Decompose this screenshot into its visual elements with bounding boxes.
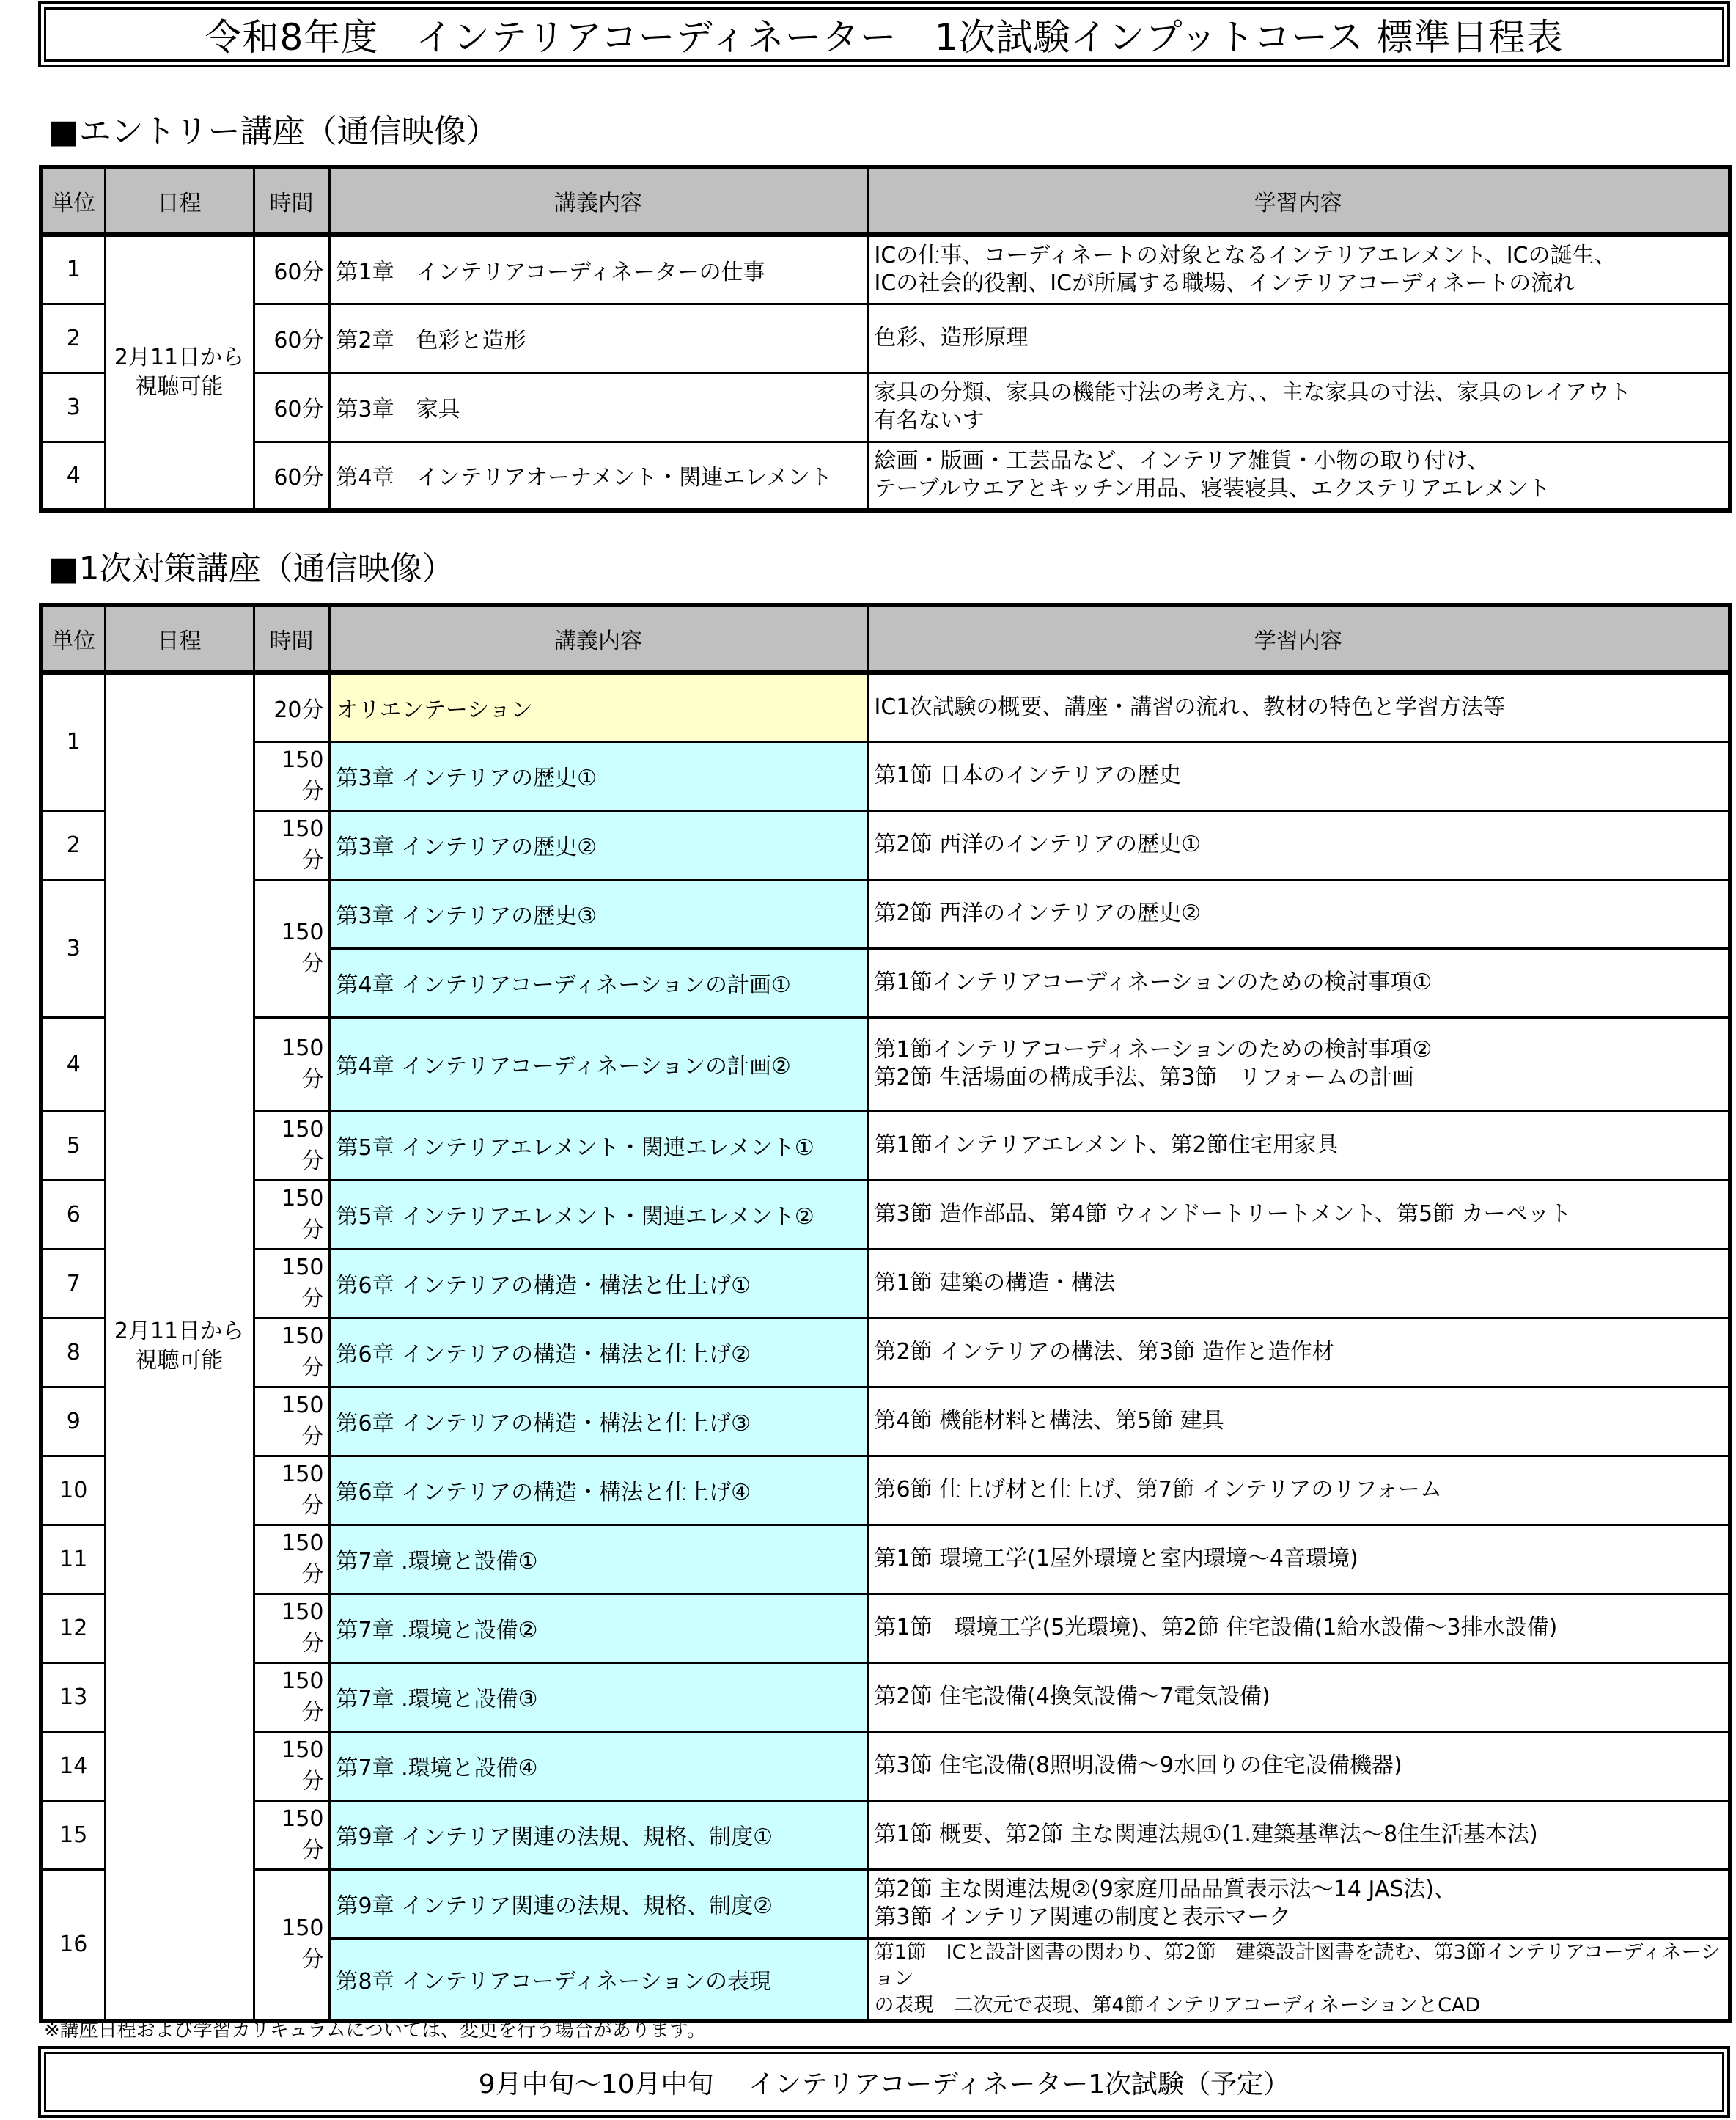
table-row: 12月11日から 視聴可能60分第1章 インテリアコーディネーターの仕事ICの仕… <box>41 235 1730 304</box>
lecture-cell: 第7章 .環境と設備① <box>329 1525 867 1593</box>
page-title: 令和8年度 インテリアコーディネーター 1次試験インプットコース 標準日程表 <box>44 7 1724 62</box>
lecture-cell: 第3章 インテリアの歴史① <box>329 741 867 810</box>
time-cell: 150分 <box>254 1180 329 1249</box>
study-cell: 第6節 仕上げ材と仕上げ、第7節 インテリアのリフォーム <box>867 1456 1730 1525</box>
study-cell: 第1節 建築の構造・構法 <box>867 1249 1730 1318</box>
table-row: 4150分第4章 インテリアコーディネーションの計画②第1節インテリアコーディネ… <box>41 1017 1730 1111</box>
time-cell: 150分 <box>254 1387 329 1456</box>
lecture-cell: 第7章 .環境と設備③ <box>329 1662 867 1731</box>
lecture-cell: 第3章 家具 <box>329 373 867 441</box>
time-cell: 60分 <box>254 304 329 373</box>
table-row: 11150分第7章 .環境と設備①第1節 環境工学(1屋外環境と室内環境～4音環… <box>41 1525 1730 1593</box>
table-row: 16150分第9章 インテリア関連の法規、規格、制度②第2節 主な関連法規②(9… <box>41 1869 1730 1938</box>
exam-box: 9月中旬～10月中旬 インテリアコーディネーター1次試験（予定） <box>38 2046 1730 2118</box>
study-cell: 色彩、造形原理 <box>867 304 1730 373</box>
unit-cell: 15 <box>41 1800 105 1869</box>
exam-date-text: 9月中旬～10月中旬 インテリアコーディネーター1次試験（予定） <box>44 2052 1724 2112</box>
lecture-cell: 第3章 インテリアの歴史③ <box>329 879 867 948</box>
lecture-cell: オリエンテーション <box>329 672 867 741</box>
lecture-cell: 第1章 インテリアコーディネーターの仕事 <box>329 235 867 304</box>
unit-cell: 6 <box>41 1180 105 1249</box>
table-row: 14150分第7章 .環境と設備④第3節 住宅設備(8照明設備～9水回りの住宅設… <box>41 1731 1730 1800</box>
header-schedule: 日程 <box>105 605 254 672</box>
study-cell: 第1節インテリアエレメント、第2節住宅用家具 <box>867 1111 1730 1180</box>
table-row: 3150分第3章 インテリアの歴史③第2節 西洋のインテリアの歴史② <box>41 879 1730 948</box>
lecture-cell: 第6章 インテリアの構造・構法と仕上げ③ <box>329 1387 867 1456</box>
time-cell: 150分 <box>254 1249 329 1318</box>
study-cell: 第3節 造作部品、第4節 ウィンドートリートメント、第5節 カーペット <box>867 1180 1730 1249</box>
table-row: 15150分第9章 インテリア関連の法規、規格、制度①第1節 概要、第2節 主な… <box>41 1800 1730 1869</box>
table-row: 13150分第7章 .環境と設備③第2節 住宅設備(4換気設備～7電気設備) <box>41 1662 1730 1731</box>
header-time: 時間 <box>254 167 329 235</box>
title-box: 令和8年度 インテリアコーディネーター 1次試験インプットコース 標準日程表 <box>38 1 1730 67</box>
study-cell: 第2節 西洋のインテリアの歴史① <box>867 810 1730 879</box>
lecture-cell: 第9章 インテリア関連の法規、規格、制度① <box>329 1800 867 1869</box>
unit-cell: 3 <box>41 373 105 441</box>
table-row: 12150分第7章 .環境と設備②第1節 環境工学(5光環境)、第2節 住宅設備… <box>41 1593 1730 1662</box>
study-cell: 第1節 環境工学(1屋外環境と室内環境～4音環境) <box>867 1525 1730 1593</box>
time-cell: 150分 <box>254 1593 329 1662</box>
table-row: 5150分第5章 インテリアエレメント・関連エレメント①第1節インテリアエレメン… <box>41 1111 1730 1180</box>
time-cell: 20分 <box>254 672 329 741</box>
table-header-row: 単位 日程 時間 講義内容 学習内容 <box>41 167 1730 235</box>
time-cell: 150分 <box>254 741 329 810</box>
header-unit: 単位 <box>41 167 105 235</box>
unit-cell: 11 <box>41 1525 105 1593</box>
unit-cell: 10 <box>41 1456 105 1525</box>
table-header-row: 単位 日程 時間 講義内容 学習内容 <box>41 605 1730 672</box>
header-time: 時間 <box>254 605 329 672</box>
lecture-cell: 第8章 インテリアコーディネーションの表現 <box>329 1938 867 2021</box>
schedule-cell: 2月11日から 視聴可能 <box>105 672 254 2021</box>
entry-schedule-table: 単位 日程 時間 講義内容 学習内容 12月11日から 視聴可能60分第1章 イ… <box>39 165 1732 513</box>
unit-cell: 12 <box>41 1593 105 1662</box>
lecture-cell: 第6章 インテリアの構造・構法と仕上げ④ <box>329 1456 867 1525</box>
unit-cell: 14 <box>41 1731 105 1800</box>
lecture-cell: 第7章 .環境と設備④ <box>329 1731 867 1800</box>
lecture-cell: 第6章 インテリアの構造・構法と仕上げ① <box>329 1249 867 1318</box>
time-cell: 150分 <box>254 1318 329 1387</box>
lecture-cell: 第5章 インテリアエレメント・関連エレメント② <box>329 1180 867 1249</box>
header-lecture: 講義内容 <box>329 605 867 672</box>
header-lecture: 講義内容 <box>329 167 867 235</box>
study-cell: 第1節インテリアコーディネーションのための検討事項② 第2節 生活場面の構成手法… <box>867 1017 1730 1111</box>
study-cell: 第2節 主な関連法規②(9家庭用品品質表示法～14 JAS法)、 第3節 インテ… <box>867 1869 1730 1938</box>
study-cell: 第4節 機能材料と構法、第5節 建具 <box>867 1387 1730 1456</box>
table-row: 7150分第6章 インテリアの構造・構法と仕上げ①第1節 建築の構造・構法 <box>41 1249 1730 1318</box>
study-cell: 第3節 住宅設備(8照明設備～9水回りの住宅設備機器) <box>867 1731 1730 1800</box>
entry-section-heading: ■エントリー講座（通信映像） <box>48 110 499 154</box>
unit-cell: 1 <box>41 235 105 304</box>
lecture-cell: 第3章 インテリアの歴史② <box>329 810 867 879</box>
time-cell: 150分 <box>254 1017 329 1111</box>
time-cell: 60分 <box>254 235 329 304</box>
study-cell: 家具の分類、家具の機能寸法の考え方、、主な家具の寸法、家具のレイアウト 有名ない… <box>867 373 1730 441</box>
study-cell: 絵画・版画・工芸品など、インテリア雑貨・小物の取り付け、 テーブルウエアとキッチ… <box>867 441 1730 510</box>
time-cell: 150分 <box>254 1111 329 1180</box>
header-unit: 単位 <box>41 605 105 672</box>
time-cell: 150分 <box>254 1731 329 1800</box>
unit-cell: 13 <box>41 1662 105 1731</box>
study-cell: 第1節 環境工学(5光環境)、第2節 住宅設備(1給水設備～3排水設備) <box>867 1593 1730 1662</box>
table-row: 10150分第6章 インテリアの構造・構法と仕上げ④第6節 仕上げ材と仕上げ、第… <box>41 1456 1730 1525</box>
time-cell: 60分 <box>254 373 329 441</box>
lecture-cell: 第4章 インテリアオーナメント・関連エレメント <box>329 441 867 510</box>
time-cell: 150分 <box>254 879 329 1017</box>
unit-cell: 7 <box>41 1249 105 1318</box>
study-cell: 第2節 西洋のインテリアの歴史② <box>867 879 1730 948</box>
time-cell: 150分 <box>254 1456 329 1525</box>
time-cell: 60分 <box>254 441 329 510</box>
footnote: ※講座日程および学習カリキュラムについては、変更を行う場合があります。 <box>44 2015 706 2042</box>
time-cell: 150分 <box>254 1869 329 2021</box>
table-row: 260分第2章 色彩と造形色彩、造形原理 <box>41 304 1730 373</box>
header-study: 学習内容 <box>867 167 1730 235</box>
main-section-heading: ■1次対策講座（通信映像） <box>48 547 455 591</box>
study-cell: ICの仕事、コーディネートの対象となるインテリアエレメント、ICの誕生、 ICの… <box>867 235 1730 304</box>
study-cell: IC1次試験の概要、講座・講習の流れ、教材の特色と学習方法等 <box>867 672 1730 741</box>
table-row: 9150分第6章 インテリアの構造・構法と仕上げ③第4節 機能材料と構法、第5節… <box>41 1387 1730 1456</box>
study-cell: 第1節 ICと設計図書の関わり、第2節 建築設計図書を読む、第3節インテリアコー… <box>867 1938 1730 2021</box>
main-schedule-table: 単位 日程 時間 講義内容 学習内容 12月11日から 視聴可能20分オリエンテ… <box>39 603 1732 2023</box>
time-cell: 150分 <box>254 810 329 879</box>
time-cell: 150分 <box>254 1662 329 1731</box>
study-cell: 第1節インテリアコーディネーションのための検討事項① <box>867 948 1730 1017</box>
lecture-cell: 第4章 インテリアコーディネーションの計画② <box>329 1017 867 1111</box>
time-cell: 150分 <box>254 1800 329 1869</box>
schedule-cell: 2月11日から 視聴可能 <box>105 235 254 510</box>
unit-cell: 3 <box>41 879 105 1017</box>
table-row: 12月11日から 視聴可能20分オリエンテーションIC1次試験の概要、講座・講習… <box>41 672 1730 741</box>
lecture-cell: 第2章 色彩と造形 <box>329 304 867 373</box>
table-row: 2150分第3章 インテリアの歴史②第2節 西洋のインテリアの歴史① <box>41 810 1730 879</box>
unit-cell: 2 <box>41 810 105 879</box>
unit-cell: 16 <box>41 1869 105 2021</box>
time-cell: 150分 <box>254 1525 329 1593</box>
lecture-cell: 第4章 インテリアコーディネーションの計画① <box>329 948 867 1017</box>
lecture-cell: 第7章 .環境と設備② <box>329 1593 867 1662</box>
unit-cell: 8 <box>41 1318 105 1387</box>
table-row: 360分第3章 家具家具の分類、家具の機能寸法の考え方、、主な家具の寸法、家具の… <box>41 373 1730 441</box>
unit-cell: 1 <box>41 672 105 810</box>
table-row: 460分第4章 インテリアオーナメント・関連エレメント絵画・版画・工芸品など、イ… <box>41 441 1730 510</box>
unit-cell: 4 <box>41 1017 105 1111</box>
study-cell: 第2節 住宅設備(4換気設備～7電気設備) <box>867 1662 1730 1731</box>
table-row: 150分第3章 インテリアの歴史①第1節 日本のインテリアの歴史 <box>41 741 1730 810</box>
table-row: 6150分第5章 インテリアエレメント・関連エレメント②第3節 造作部品、第4節… <box>41 1180 1730 1249</box>
unit-cell: 9 <box>41 1387 105 1456</box>
header-schedule: 日程 <box>105 167 254 235</box>
study-cell: 第1節 概要、第2節 主な関連法規①(1.建築基準法～8住生活基本法) <box>867 1800 1730 1869</box>
unit-cell: 5 <box>41 1111 105 1180</box>
lecture-cell: 第6章 インテリアの構造・構法と仕上げ② <box>329 1318 867 1387</box>
unit-cell: 2 <box>41 304 105 373</box>
header-study: 学習内容 <box>867 605 1730 672</box>
study-cell: 第2節 インテリアの構法、第3節 造作と造作材 <box>867 1318 1730 1387</box>
lecture-cell: 第9章 インテリア関連の法規、規格、制度② <box>329 1869 867 1938</box>
lecture-cell: 第5章 インテリアエレメント・関連エレメント① <box>329 1111 867 1180</box>
study-cell: 第1節 日本のインテリアの歴史 <box>867 741 1730 810</box>
unit-cell: 4 <box>41 441 105 510</box>
table-row: 8150分第6章 インテリアの構造・構法と仕上げ②第2節 インテリアの構法、第3… <box>41 1318 1730 1387</box>
